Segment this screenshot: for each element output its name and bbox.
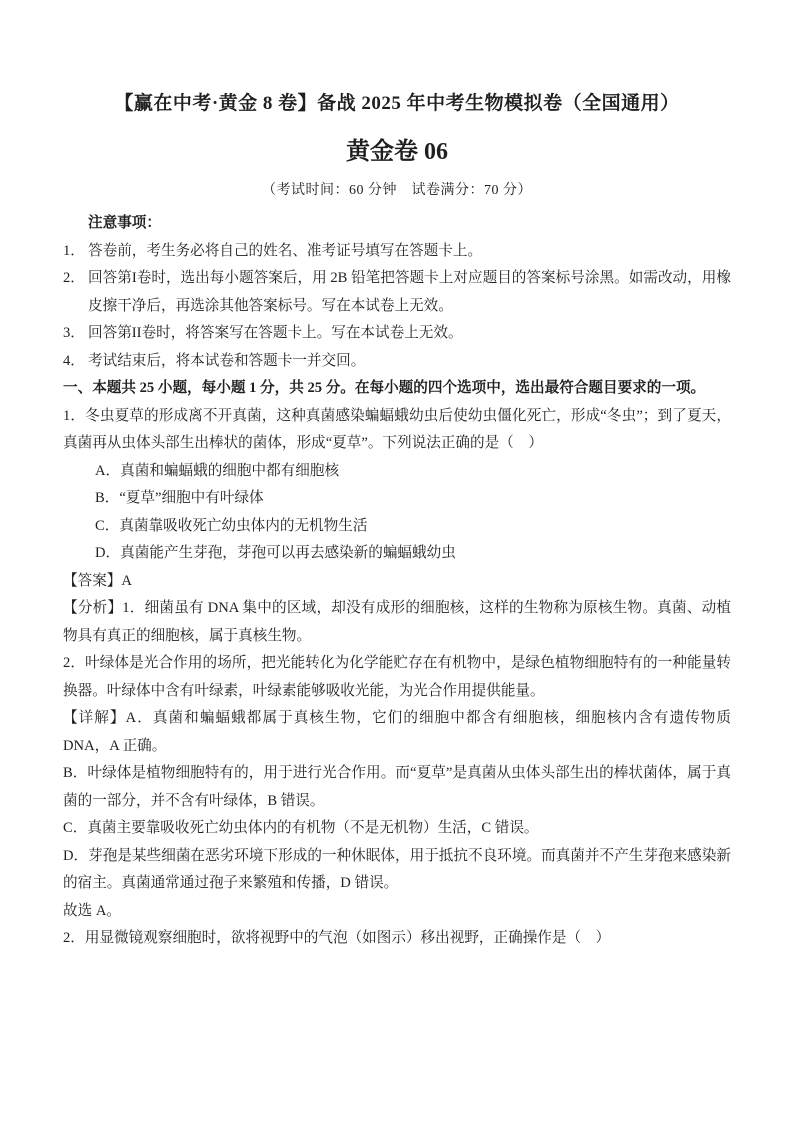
notice-item-4: 4． 考试结束后，将本试卷和答题卡一并交回。 [63,348,731,376]
notice-item-number: 3． [63,320,85,348]
notice-item-text: 考试结束后，将本试卷和答题卡一并交回。 [88,353,365,369]
exam-paper-page: 【赢在中考·黄金 8 卷】备战 2025 年中考生物模拟卷（全国通用） 黄金卷 … [0,0,793,1122]
question-1-detail-paragraph-d: D．芽孢是某些细菌在恶劣环境下形成的一种休眠体，用于抵抗不良环境。而真菌并不产生… [63,843,731,898]
question-2-stem: 2．用显微镜观察细胞时，欲将视野中的气泡（如图示）移出视野，正确操作是（ ） [63,925,731,953]
question-1-analysis-paragraph-1: 【分析】1．细菌虽有 DNA 集中的区域，却没有成形的细胞核，这样的生物称为原核… [63,595,731,650]
notice-item-1: 1． 答卷前，考生务必将自己的姓名、准考证号填写在答题卡上。 [63,238,731,266]
document-body: 注意事项： 1． 答卷前，考生务必将自己的姓名、准考证号填写在答题卡上。 2． … [63,210,731,953]
notice-item-2: 2． 回答第I卷时，选出每小题答案后，用 2B 铅笔把答题卡上对应题目的答案标号… [63,265,731,320]
question-1-option-c: C．真菌靠吸收死亡幼虫体内的无机物生活 [63,513,731,541]
exam-info-line: （考试时间：60 分钟 试卷满分：70 分） [63,181,731,201]
question-1-detail-paragraph-a: 【详解】A．真菌和蝙蝠蛾都属于真核生物，它们的细胞中都含有细胞核，细胞核内含有遗… [63,705,731,760]
notice-item-text: 回答第II卷时，将答案写在答题卡上。写在本试卷上无效。 [88,325,463,341]
question-1-detail-paragraph-b: B．叶绿体是植物细胞特有的，用于进行光合作用。而“夏草”是真菌从虫体头部生出的棒… [63,760,731,815]
question-1-option-b: B．“夏草”细胞中有叶绿体 [63,485,731,513]
notice-heading: 注意事项： [63,210,731,238]
question-1-option-d: D．真菌能产生芽孢，芽孢可以再去感染新的蝙蝠蛾幼虫 [63,540,731,568]
page-title: 【赢在中考·黄金 8 卷】备战 2025 年中考生物模拟卷（全国通用） [63,90,731,118]
question-1-answer: 【答案】A [63,568,731,596]
notice-item-number: 2． [63,265,85,293]
question-1-detail-paragraph-c: C．真菌主要靠吸收死亡幼虫体内的有机物（不是无机物）生活，C 错误。 [63,815,731,843]
notice-item-number: 1． [63,238,85,266]
question-1-option-a: A．真菌和蝙蝠蛾的细胞中都有细胞核 [63,458,731,486]
notice-item-number: 4． [63,348,85,376]
notice-item-3: 3． 回答第II卷时，将答案写在答题卡上。写在本试卷上无效。 [63,320,731,348]
question-1-stem: 1．冬虫夏草的形成离不开真菌，这种真菌感染蝙蝠蛾幼虫后使幼虫僵化死亡，形成“冬虫… [63,403,731,458]
notice-item-text: 回答第I卷时，选出每小题答案后，用 2B 铅笔把答题卡上对应题目的答案标号涂黑。… [88,270,731,314]
page-subtitle: 黄金卷 06 [63,136,731,168]
question-1-analysis-paragraph-2: 2．叶绿体是光合作用的场所，把光能转化为化学能贮存在有机物中，是绿色植物细胞特有… [63,650,731,705]
notice-item-text: 答卷前，考生务必将自己的姓名、准考证号填写在答题卡上。 [88,243,482,259]
section-header: 一、本题共 25 小题，每小题 1 分，共 25 分。在每小题的四个选项中，选出… [63,375,731,403]
question-1-conclusion: 故选 A。 [63,898,731,926]
